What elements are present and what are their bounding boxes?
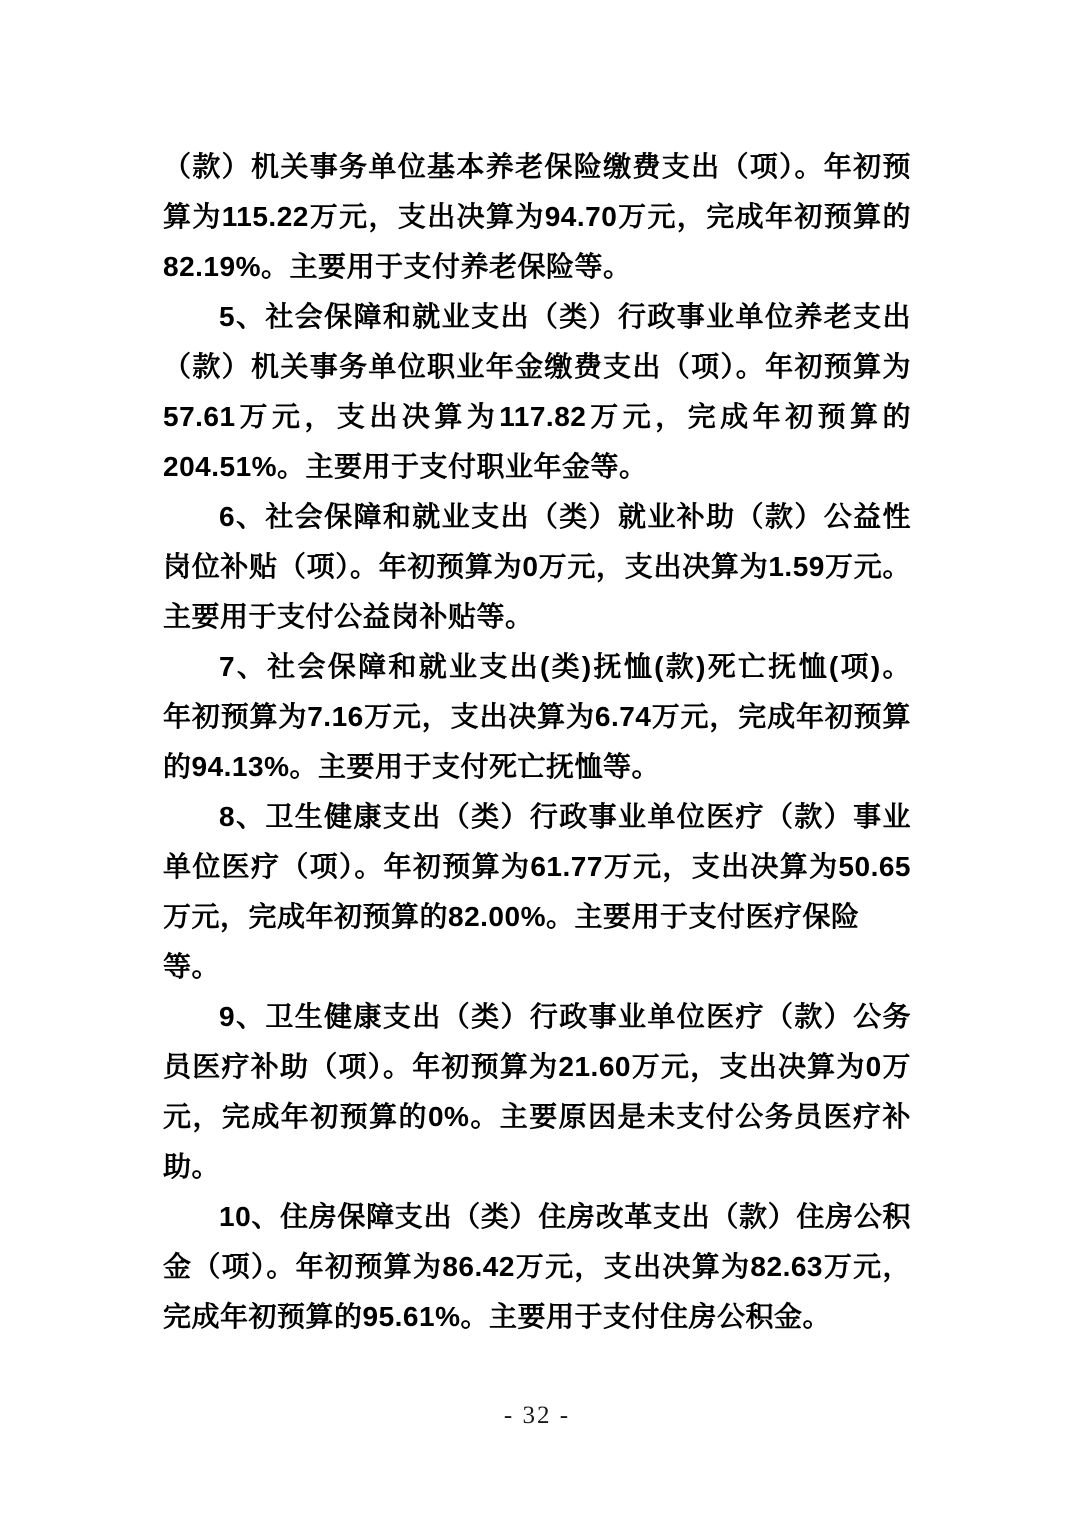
text-line: 的94.13%。主要用于支付死亡抚恤等。 [163, 742, 911, 792]
text-line: 9、卫生健康支出（类）行政事业单位医疗（款）公务 [163, 992, 911, 1042]
text-line: 57.61万元，支出决算为117.82万元，完成年初预算的 [163, 392, 911, 442]
text-line: 完成年初预算的95.61%。主要用于支付住房公积金。 [163, 1292, 911, 1342]
page-footer: - 32 - [0, 1402, 1074, 1430]
text-line: 82.19%。主要用于支付养老保险等。 [163, 242, 911, 292]
text-line: 5、社会保障和就业支出（类）行政事业单位养老支出 [163, 292, 911, 342]
text-line: 金（项）。年初预算为86.42万元，支出决算为82.63万元， [163, 1242, 911, 1292]
paragraph-item-7: 7、社会保障和就业支出(类)抚恤(款)死亡抚恤(项)。 年初预算为7.16万元，… [163, 642, 911, 792]
text-line: 6、社会保障和就业支出（类）就业补助（款）公益性 [163, 492, 911, 542]
text-line: 主要用于支付公益岗补贴等。 [163, 592, 911, 642]
text-line: 助。 [163, 1142, 911, 1192]
text-line: 10、住房保障支出（类）住房改革支出（款）住房公积 [163, 1192, 911, 1242]
text-line: （款）机关事务单位基本养老保险缴费支出（项）。年初预 [163, 142, 911, 192]
text-line: 8、卫生健康支出（类）行政事业单位医疗（款）事业 [163, 792, 911, 842]
paragraph-item-10: 10、住房保障支出（类）住房改革支出（款）住房公积 金（项）。年初预算为86.4… [163, 1192, 911, 1342]
text-line: 岗位补贴（项）。年初预算为0万元，支出决算为1.59万元。 [163, 542, 911, 592]
paragraph-item-8: 8、卫生健康支出（类）行政事业单位医疗（款）事业 单位医疗（项）。年初预算为61… [163, 792, 911, 992]
paragraph-item-9: 9、卫生健康支出（类）行政事业单位医疗（款）公务 员医疗补助（项）。年初预算为2… [163, 992, 911, 1192]
document-page: （款）机关事务单位基本养老保险缴费支出（项）。年初预 算为115.22万元，支出… [0, 0, 1074, 1520]
text-line: （款）机关事务单位职业年金缴费支出（项）。年初预算为 [163, 342, 911, 392]
text-line: 7、社会保障和就业支出(类)抚恤(款)死亡抚恤(项)。 [163, 642, 911, 692]
text-line: 204.51%。主要用于支付职业年金等。 [163, 442, 911, 492]
paragraph-continuation: （款）机关事务单位基本养老保险缴费支出（项）。年初预 算为115.22万元，支出… [163, 142, 911, 292]
text-line: 算为115.22万元，支出决算为94.70万元，完成年初预算的 [163, 192, 911, 242]
paragraph-item-6: 6、社会保障和就业支出（类）就业补助（款）公益性 岗位补贴（项）。年初预算为0万… [163, 492, 911, 642]
document-body: （款）机关事务单位基本养老保险缴费支出（项）。年初预 算为115.22万元，支出… [163, 142, 911, 1342]
text-line: 万元，完成年初预算的82.00%。主要用于支付医疗保险等。 [163, 892, 911, 992]
text-line: 员医疗补助（项）。年初预算为21.60万元，支出决算为0万 [163, 1042, 911, 1092]
paragraph-item-5: 5、社会保障和就业支出（类）行政事业单位养老支出 （款）机关事务单位职业年金缴费… [163, 292, 911, 492]
text-line: 年初预算为7.16万元，支出决算为6.74万元，完成年初预算 [163, 692, 911, 742]
text-line: 单位医疗（项）。年初预算为61.77万元，支出决算为50.65 [163, 842, 911, 892]
page-number: - 32 - [504, 1402, 570, 1429]
text-line: 元，完成年初预算的0%。主要原因是未支付公务员医疗补 [163, 1092, 911, 1142]
